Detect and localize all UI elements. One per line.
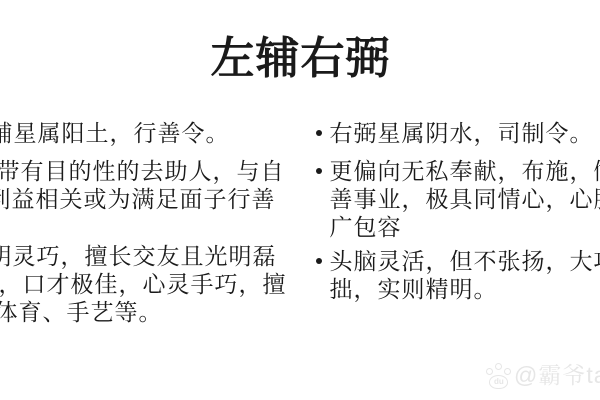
text-line: 明灵巧，擅长交友且光明磊 xyxy=(0,243,276,274)
slide-title: 左辅右弼 xyxy=(0,33,600,97)
text-line: 善事业，极具同情心，心胸 xyxy=(329,186,600,217)
watermark-handle: @霸爷ta xyxy=(514,362,600,388)
bullet-icon xyxy=(316,258,322,264)
text-line: 头脑灵活，但不张扬，大巧 xyxy=(329,248,600,279)
bullet-icon xyxy=(316,130,322,136)
text-line: 更偏向无私奉献，布施，做 xyxy=(329,158,600,189)
text-line: 辅星属阳土，行善令。 xyxy=(0,120,229,151)
bullet-icon xyxy=(316,168,322,174)
text-line: 带有目的性的去助人，与自 xyxy=(0,158,284,189)
baidu-paw-icon: du xyxy=(486,361,512,390)
presentation-slide: 左辅右弼 辅星属阳土，行善令。 带有目的性的去助人，与自 利益相关或为满足面子行… xyxy=(0,0,600,400)
paw-logo-text: du xyxy=(494,377,504,386)
text-line: 体育、手艺等。 xyxy=(0,299,162,330)
text-line: 广包容 xyxy=(329,214,401,245)
watermark: du @霸爷ta xyxy=(486,359,600,391)
text-line: 拙，实则精明。 xyxy=(329,276,497,307)
text-line: 右弼星属阴水，司制令。 xyxy=(329,120,593,151)
text-line: ，口才极佳，心灵手巧，擅 xyxy=(0,271,286,302)
text-line: 利益相关或为满足面子行善 xyxy=(0,186,275,217)
